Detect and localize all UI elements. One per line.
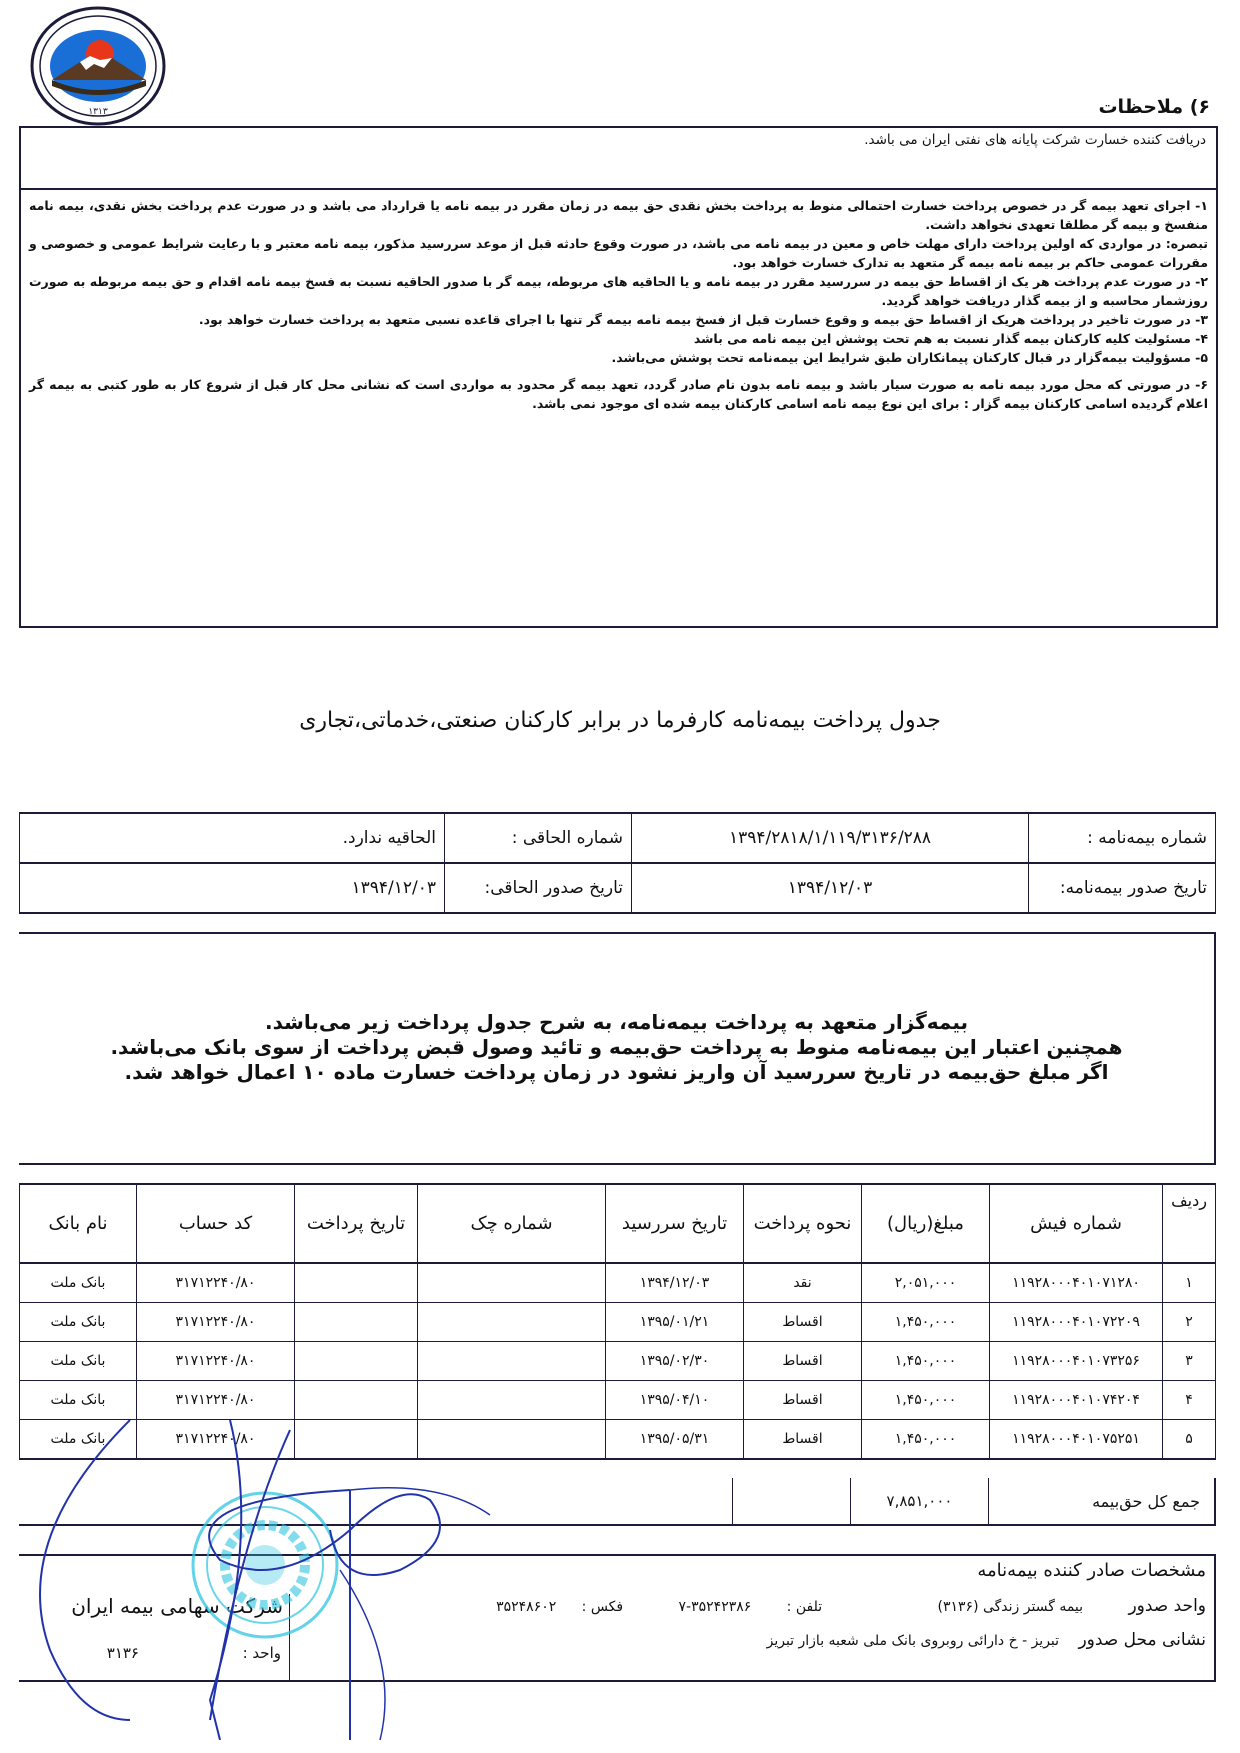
- amount: ۱,۴۵۰,۰۰۰: [862, 1303, 990, 1342]
- due-date: ۱۳۹۵/۰۴/۱۰: [606, 1381, 744, 1420]
- payment-method: اقساط: [744, 1303, 862, 1342]
- receipt-number: ۱۱۹۲۸۰۰۰۴۰۱۰۷۲۲۰۹: [990, 1303, 1163, 1342]
- notes-title: ۶) ملاحظات: [1098, 96, 1210, 118]
- col-receipt: شماره فیش: [990, 1184, 1163, 1263]
- policy-number-label: شماره بیمه‌نامه :: [1029, 813, 1216, 863]
- policy-number: ۱۳۹۴/۲۸۱۸/۱/۱۱۹/۳۱۳۶/۲۸۸: [632, 813, 1029, 863]
- receipt-number: ۱۱۹۲۸۰۰۰۴۰۱۰۷۱۲۸۰: [990, 1263, 1163, 1303]
- table-row: ۵ ۱۱۹۲۸۰۰۰۴۰۱۰۷۵۲۵۱ ۱,۴۵۰,۰۰۰ اقساط ۱۳۹۵…: [20, 1420, 1216, 1460]
- account-code: ۳۱۷۱۲۲۴۰/۸۰: [137, 1303, 295, 1342]
- total-empty-cell: [733, 1478, 851, 1525]
- table-row: ۲ ۱۱۹۲۸۰۰۰۴۰۱۰۷۲۲۰۹ ۱,۴۵۰,۰۰۰ اقساط ۱۳۹۵…: [20, 1303, 1216, 1342]
- phone-label: تلفن :: [787, 1599, 822, 1615]
- col-method: نحوه پرداخت: [744, 1184, 862, 1263]
- note-item: ۵- مسؤولیت بیمه‌گزار در قبال کارکنان پیم…: [29, 348, 1208, 367]
- table-row: ۴ ۱۱۹۲۸۰۰۰۴۰۱۰۷۴۲۰۴ ۱,۴۵۰,۰۰۰ اقساط ۱۳۹۵…: [20, 1381, 1216, 1420]
- total-value: ۷,۸۵۱,۰۰۰: [851, 1478, 989, 1525]
- check-number: [418, 1420, 606, 1460]
- policy-issue-date: ۱۳۹۴/۱۲/۰۳: [632, 863, 1029, 913]
- amount: ۱,۴۵۰,۰۰۰: [862, 1342, 990, 1381]
- bank-name: بانک ملت: [20, 1420, 137, 1460]
- issuer-heading: مشخصات صادر کننده بیمه‌نامه: [977, 1560, 1206, 1581]
- check-number: [418, 1342, 606, 1381]
- claim-recipient-note: دریافت کننده خسارت شرکت پایانه های نفتی …: [864, 132, 1206, 148]
- commitment-line: بیمه‌گزار متعهد به پرداخت بیمه‌نامه، به …: [19, 1010, 1214, 1035]
- commitment-text: بیمه‌گزار متعهد به پرداخت بیمه‌نامه، به …: [19, 1010, 1214, 1085]
- note-item: ۴- مسئولیت کلیه کارکنان بیمه گذار نسبت ب…: [29, 329, 1208, 348]
- document-title: جدول پرداخت بیمه‌نامه کارفرما در برابر ک…: [0, 708, 1240, 733]
- payment-method: اقساط: [744, 1381, 862, 1420]
- policy-row: شماره بیمه‌نامه : ۱۳۹۴/۲۸۱۸/۱/۱۱۹/۳۱۳۶/۲…: [20, 813, 1216, 863]
- amount: ۱,۴۵۰,۰۰۰: [862, 1420, 990, 1460]
- receipt-number: ۱۱۹۲۸۰۰۰۴۰۱۰۷۴۲۰۴: [990, 1381, 1163, 1420]
- row-number: ۲: [1163, 1303, 1216, 1342]
- divider: [21, 188, 1216, 190]
- table-header: ردیف شماره فیش مبلغ(ریال) نحوه پرداخت تا…: [20, 1184, 1216, 1263]
- notes-list: ۱- اجرای تعهد بیمه گر در خصوص پرداخت خسا…: [29, 196, 1208, 413]
- policy-info-table: شماره بیمه‌نامه : ۱۳۹۴/۲۸۱۸/۱/۱۱۹/۳۱۳۶/۲…: [19, 812, 1216, 914]
- row-number: ۵: [1163, 1420, 1216, 1460]
- bank-name: بانک ملت: [20, 1303, 137, 1342]
- fax-label: فکس :: [582, 1599, 623, 1615]
- endorsement-number-label: شماره الحاقی :: [445, 813, 632, 863]
- table-row: ۳ ۱۱۹۲۸۰۰۰۴۰۱۰۷۳۲۵۶ ۱,۴۵۰,۰۰۰ اقساط ۱۳۹۵…: [20, 1342, 1216, 1381]
- commitment-line: اگر مبلغ حق‌بیمه در تاریخ سررسید آن واری…: [19, 1060, 1214, 1085]
- payment-method: اقساط: [744, 1342, 862, 1381]
- paid-date: [295, 1342, 418, 1381]
- bank-name: بانک ملت: [20, 1342, 137, 1381]
- commitment-box: بیمه‌گزار متعهد به پرداخت بیمه‌نامه، به …: [19, 932, 1216, 1165]
- issuer-unit-label: واحد صدور: [1128, 1596, 1206, 1616]
- col-paid-date: تاریخ پرداخت: [295, 1184, 418, 1263]
- account-code: ۳۱۷۱۲۲۴۰/۸۰: [137, 1263, 295, 1303]
- note-item: ۱- اجرای تعهد بیمه گر در خصوص پرداخت خسا…: [29, 196, 1208, 234]
- receipt-number: ۱۱۹۲۸۰۰۰۴۰۱۰۷۵۲۵۱: [990, 1420, 1163, 1460]
- company-stamp: [185, 1480, 345, 1650]
- payment-method: اقساط: [744, 1420, 862, 1460]
- unit-short-value: ۳۱۳۶: [107, 1644, 139, 1662]
- logo-year: ۱۳۱۳: [88, 107, 108, 117]
- account-code: ۳۱۷۱۲۲۴۰/۸۰: [137, 1420, 295, 1460]
- due-date: ۱۳۹۵/۰۱/۲۱: [606, 1303, 744, 1342]
- total-empty-cell: [19, 1478, 733, 1525]
- account-code: ۳۱۷۱۲۲۴۰/۸۰: [137, 1381, 295, 1420]
- amount: ۲,۰۵۱,۰۰۰: [862, 1263, 990, 1303]
- issuer-address-value: تبریز - خ دارائی روبروی بانک ملی شعبه با…: [767, 1633, 1059, 1649]
- note-item: ۲- در صورت عدم پرداخت هر یک از اقساط حق …: [29, 272, 1208, 310]
- payment-method: نقد: [744, 1263, 862, 1303]
- row-number: ۴: [1163, 1381, 1216, 1420]
- paid-date: [295, 1420, 418, 1460]
- paid-date: [295, 1263, 418, 1303]
- fax-value: ۳۵۲۴۸۶۰۲: [496, 1599, 556, 1615]
- endorsement-number: الحاقیه ندارد.: [20, 813, 445, 863]
- issuer-unit-row: واحد صدور بیمه گستر زندگی (۳۱۳۶) تلفن : …: [496, 1596, 1206, 1616]
- account-code: ۳۱۷۱۲۲۴۰/۸۰: [137, 1342, 295, 1381]
- col-check: شماره چک: [418, 1184, 606, 1263]
- col-due-date: تاریخ سررسید: [606, 1184, 744, 1263]
- table-row: ۱ ۱۱۹۲۸۰۰۰۴۰۱۰۷۱۲۸۰ ۲,۰۵۱,۰۰۰ نقد ۱۳۹۴/۱…: [20, 1263, 1216, 1303]
- check-number: [418, 1263, 606, 1303]
- amount: ۱,۴۵۰,۰۰۰: [862, 1381, 990, 1420]
- phone-value: ۳۵۲۴۲۳۸۶-۷: [679, 1599, 752, 1615]
- commitment-line: همچنین اعتبار این بیمه‌نامه منوط به پردا…: [19, 1035, 1214, 1060]
- note-item: ۳- در صورت تاخیر در پرداخت هریک از اقساط…: [29, 310, 1208, 329]
- company-logo: ۱۳۱۳: [28, 4, 168, 128]
- policy-row: تاریخ صدور بیمه‌نامه: ۱۳۹۴/۱۲/۰۳ تاریخ ص…: [20, 863, 1216, 913]
- issuer-address-row: نشانی محل صدور تبریز - خ دارائی روبروی ب…: [767, 1630, 1206, 1650]
- col-bank: نام بانک: [20, 1184, 137, 1263]
- total-label: جمع کل حق‌بیمه: [989, 1478, 1216, 1525]
- issuer-address-label: نشانی محل صدور: [1078, 1630, 1206, 1650]
- row-number: ۳: [1163, 1342, 1216, 1381]
- payment-schedule-table: ردیف شماره فیش مبلغ(ریال) نحوه پرداخت تا…: [19, 1183, 1216, 1460]
- check-number: [418, 1381, 606, 1420]
- due-date: ۱۳۹۵/۰۲/۳۰: [606, 1342, 744, 1381]
- policy-issue-date-label: تاریخ صدور بیمه‌نامه:: [1029, 863, 1216, 913]
- col-amount: مبلغ(ریال): [862, 1184, 990, 1263]
- note-item: ۶- در صورتی که محل مورد بیمه نامه به صور…: [29, 375, 1208, 413]
- row-number: ۱: [1163, 1263, 1216, 1303]
- issuer-unit-value: بیمه گستر زندگی (۳۱۳۶): [938, 1599, 1084, 1615]
- notes-box: دریافت کننده خسارت شرکت پایانه های نفتی …: [19, 126, 1218, 628]
- due-date: ۱۳۹۵/۰۵/۳۱: [606, 1420, 744, 1460]
- paid-date: [295, 1303, 418, 1342]
- paid-date: [295, 1381, 418, 1420]
- endorsement-issue-date-label: تاریخ صدور الحاقی:: [445, 863, 632, 913]
- bank-name: بانک ملت: [20, 1381, 137, 1420]
- col-row: ردیف: [1163, 1184, 1216, 1263]
- note-item: تبصره: در مواردی که اولین پرداخت دارای م…: [29, 234, 1208, 272]
- receipt-number: ۱۱۹۲۸۰۰۰۴۰۱۰۷۳۲۵۶: [990, 1342, 1163, 1381]
- col-account: کد حساب: [137, 1184, 295, 1263]
- due-date: ۱۳۹۴/۱۲/۰۳: [606, 1263, 744, 1303]
- bank-name: بانک ملت: [20, 1263, 137, 1303]
- endorsement-issue-date: ۱۳۹۴/۱۲/۰۳: [20, 863, 445, 913]
- check-number: [418, 1303, 606, 1342]
